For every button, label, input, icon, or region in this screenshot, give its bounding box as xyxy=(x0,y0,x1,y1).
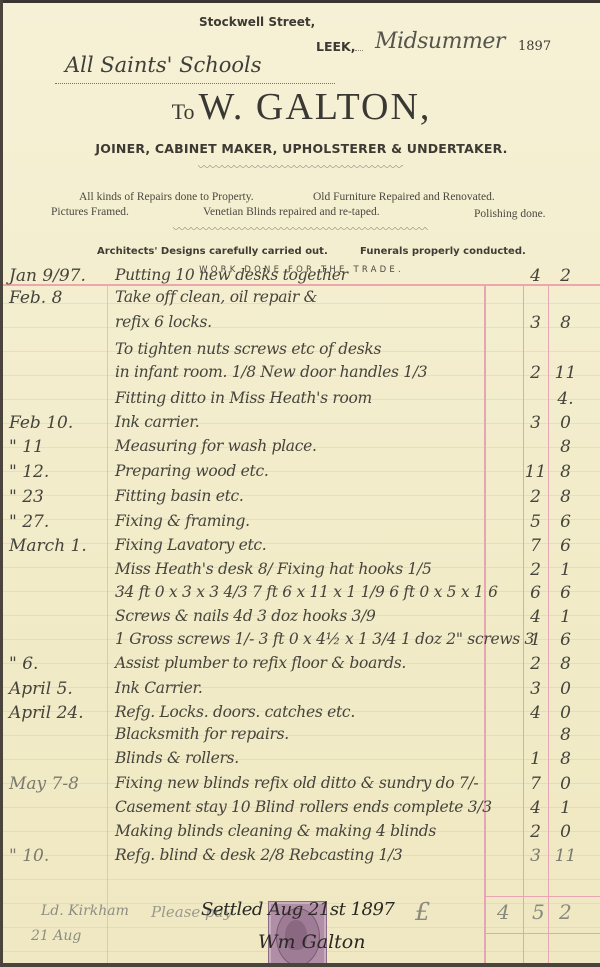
scan-edge-bottom xyxy=(0,963,600,967)
row-date: Feb 10. xyxy=(9,413,107,433)
row-date: " 27. xyxy=(9,512,107,532)
row-description: Screws & nails 4d 3 doz hooks 3/9 xyxy=(115,607,485,625)
row-shillings: 3 xyxy=(523,846,548,866)
to-prefix: To xyxy=(172,99,195,124)
row-pence: 11 xyxy=(548,363,583,383)
row-shillings: 1 xyxy=(523,630,548,650)
row-shillings: 7 xyxy=(523,536,548,556)
row-shillings: 5 xyxy=(523,512,548,532)
row-shillings: 3 xyxy=(523,413,548,433)
row-shillings: 11 xyxy=(523,462,548,482)
row-shillings: 4 xyxy=(523,703,548,723)
row-date: April 5. xyxy=(9,679,107,699)
total-top-rule xyxy=(484,896,600,897)
ledger-row: March 1.Fixing Lavatory etc.76 xyxy=(3,536,600,558)
row-pence: 8 xyxy=(548,313,583,333)
ledger-row: To tighten nuts screws etc of desks xyxy=(3,340,600,362)
row-description: Putting 10 new desks together xyxy=(115,266,485,284)
pencil-note-date: 21 Aug xyxy=(31,928,81,944)
wavy-divider-2 xyxy=(173,227,428,233)
ledger-row: " 10.Refg. blind & desk 2/8 Rebcasting 1… xyxy=(3,846,600,868)
row-description: Fitting basin etc. xyxy=(115,487,485,505)
row-date: " 23 xyxy=(9,487,107,507)
trader-name: W. GALTON, xyxy=(199,86,432,128)
row-date: " 11 xyxy=(9,437,107,457)
ruled-line xyxy=(3,879,600,880)
row-description: Casement stay 10 Blind rollers ends comp… xyxy=(115,798,485,816)
total-bottom-rule xyxy=(484,933,600,934)
row-description: Preparing wood etc. xyxy=(115,462,485,480)
row-pence: 0 xyxy=(548,679,583,699)
funerals-note: Funerals properly conducted. xyxy=(360,246,526,257)
row-shillings: 2 xyxy=(523,822,548,842)
ledger-row: Feb 10.Ink carrier.30 xyxy=(3,413,600,435)
row-shillings: 6 xyxy=(523,583,548,603)
trades-line: JOINER, CABINET MAKER, UPHOLSTERER & UND… xyxy=(3,141,600,156)
ledger-row: Feb. 8Take off clean, oil repair & xyxy=(3,288,600,310)
service-pictures: Pictures Framed. xyxy=(51,206,129,218)
ledger-row: Making blinds cleaning & making 4 blinds… xyxy=(3,822,600,844)
handwritten-date: Midsummer xyxy=(375,29,505,54)
row-description: Fixing & framing. xyxy=(115,512,485,530)
row-description: Fixing new blinds refix old ditto & sund… xyxy=(115,774,485,792)
row-pence: 6 xyxy=(548,583,583,603)
settled-note: Settled Aug 21st 1897 xyxy=(201,899,394,920)
ledger-row: " 23Fitting basin etc.28 xyxy=(3,487,600,509)
row-shillings: 7 xyxy=(523,774,548,794)
row-description: Making blinds cleaning & making 4 blinds xyxy=(115,822,485,840)
ledger-row: refix 6 locks.38 xyxy=(3,313,600,335)
row-description: Assist plumber to refix floor & boards. xyxy=(115,654,485,672)
ledger-row: " 27.Fixing & framing.56 xyxy=(3,512,600,534)
ledger-row: April 5.Ink Carrier.30 xyxy=(3,679,600,701)
town: LEEK, xyxy=(316,39,363,54)
row-description: Refg. blind & desk 2/8 Rebcasting 1/3 xyxy=(115,846,485,864)
row-description: Blinds & rollers. xyxy=(115,749,485,767)
ledger-row: " 12.Preparing wood etc.118 xyxy=(3,462,600,484)
total-shillings: 5 xyxy=(532,900,545,924)
ledger-row: in infant room. 1/8 New door handles 1/3… xyxy=(3,363,600,385)
row-shillings: 2 xyxy=(523,560,548,580)
ledger-row: Fitting ditto in Miss Heath's room4. xyxy=(3,389,600,411)
total-pence: 2 xyxy=(559,900,572,924)
row-pence: 1 xyxy=(548,607,583,627)
row-pence: 0 xyxy=(548,822,583,842)
service-blinds: Venetian Blinds repaired and re-taped. xyxy=(203,206,380,218)
row-date: Feb. 8 xyxy=(9,288,107,308)
row-description: Measuring for wash place. xyxy=(115,437,485,455)
service-polishing: Polishing done. xyxy=(474,208,546,220)
ledger-row: " 11Measuring for wash place.8 xyxy=(3,437,600,459)
row-shillings: 2 xyxy=(523,487,548,507)
row-description: Ink Carrier. xyxy=(115,679,485,697)
row-date: April 24. xyxy=(9,703,107,723)
total-pounds: 4 xyxy=(497,900,510,924)
row-description: Ink carrier. xyxy=(115,413,485,431)
service-repairs: All kinds of Repairs done to Property. xyxy=(79,191,254,203)
row-shillings: 4 xyxy=(523,798,548,818)
pound-sign: £ xyxy=(415,898,430,926)
ledger-row: April 24.Refg. Locks. doors. catches etc… xyxy=(3,703,600,725)
ledger-row: Casement stay 10 Blind rollers ends comp… xyxy=(3,798,600,820)
invoice-paper: Stockwell Street, LEEK, Midsummer 1897 A… xyxy=(3,3,600,967)
row-pence: 8 xyxy=(548,437,583,457)
ledger-row: 1 Gross screws 1/- 3 ft 0 x 4½ x 1 3/4 1… xyxy=(3,630,600,652)
ledger-row: Blinds & rollers.18 xyxy=(3,749,600,771)
ledger-row: Screws & nails 4d 3 doz hooks 3/941 xyxy=(3,607,600,629)
row-date: May 7-8 xyxy=(9,774,107,794)
row-description: To tighten nuts screws etc of desks xyxy=(115,340,485,358)
street-address: Stockwell Street, xyxy=(199,15,315,29)
row-date: Jan 9/97. xyxy=(9,266,107,286)
wavy-divider xyxy=(198,165,403,171)
town-name: LEEK, xyxy=(316,39,355,54)
architects-note: Architects' Designs carefully carried ou… xyxy=(97,246,328,257)
row-pence: 8 xyxy=(548,487,583,507)
row-pence: 0 xyxy=(548,703,583,723)
year: 1897 xyxy=(518,39,551,54)
service-furniture: Old Furniture Repaired and Renovated. xyxy=(313,191,495,203)
row-pence: 8 xyxy=(548,462,583,482)
row-pence: 0 xyxy=(548,413,583,433)
row-date: " 10. xyxy=(9,846,107,866)
row-date: " 6. xyxy=(9,654,107,674)
scan-edge-left xyxy=(0,0,3,967)
row-shillings: 3 xyxy=(523,679,548,699)
row-shillings: 2 xyxy=(523,654,548,674)
client-name: All Saints' Schools xyxy=(55,53,335,84)
row-description: Refg. Locks. doors. catches etc. xyxy=(115,703,485,721)
row-description: Take off clean, oil repair & xyxy=(115,288,485,306)
row-pence: 8 xyxy=(548,749,583,769)
row-shillings: 4 xyxy=(523,266,548,286)
row-shillings: 2 xyxy=(523,363,548,383)
row-shillings: 3 xyxy=(523,313,548,333)
row-pence: 6 xyxy=(548,512,583,532)
row-pence: 2 xyxy=(548,266,583,286)
row-pence: 11 xyxy=(548,846,583,866)
row-description: Blacksmith for repairs. xyxy=(115,725,485,743)
row-description: Fixing Lavatory etc. xyxy=(115,536,485,554)
row-pence: 1 xyxy=(548,560,583,580)
ledger-row: Blacksmith for repairs.8 xyxy=(3,725,600,747)
row-description: Miss Heath's desk 8/ Fixing hat hooks 1/… xyxy=(115,560,485,578)
ledger-row: May 7-8Fixing new blinds refix old ditto… xyxy=(3,774,600,796)
row-pence: 8 xyxy=(548,725,583,745)
row-shillings: 4 xyxy=(523,607,548,627)
row-description: Fitting ditto in Miss Heath's room xyxy=(115,389,485,407)
row-description: 34 ft 0 x 3 x 3 4/3 7 ft 6 x 11 x 1 1/9 … xyxy=(115,583,485,601)
letterhead: Stockwell Street, LEEK, Midsummer 1897 A… xyxy=(3,3,600,248)
row-date: March 1. xyxy=(9,536,107,556)
row-pence: 6 xyxy=(548,536,583,556)
ledger-row: 34 ft 0 x 3 x 3 4/3 7 ft 6 x 11 x 1 1/9 … xyxy=(3,583,600,605)
row-pence: 1 xyxy=(548,798,583,818)
ledger-row: Jan 9/97.Putting 10 new desks together42 xyxy=(3,266,600,288)
row-pence: 4. xyxy=(548,389,583,409)
row-pence: 6 xyxy=(548,630,583,650)
row-description: refix 6 locks. xyxy=(115,313,485,331)
ledger-row: Miss Heath's desk 8/ Fixing hat hooks 1/… xyxy=(3,560,600,582)
trader-heading: To W. GALTON, xyxy=(3,85,600,129)
row-pence: 0 xyxy=(548,774,583,794)
pencil-note-name: Ld. Kirkham xyxy=(41,903,129,919)
ledger-row: " 6.Assist plumber to refix floor & boar… xyxy=(3,654,600,676)
row-description: in infant room. 1/8 New door handles 1/3 xyxy=(115,363,485,381)
row-description: 1 Gross screws 1/- 3 ft 0 x 4½ x 1 3/4 1… xyxy=(115,630,485,648)
row-pence: 8 xyxy=(548,654,583,674)
signature: Wm Galton xyxy=(258,931,365,953)
row-date: " 12. xyxy=(9,462,107,482)
row-shillings: 1 xyxy=(523,749,548,769)
